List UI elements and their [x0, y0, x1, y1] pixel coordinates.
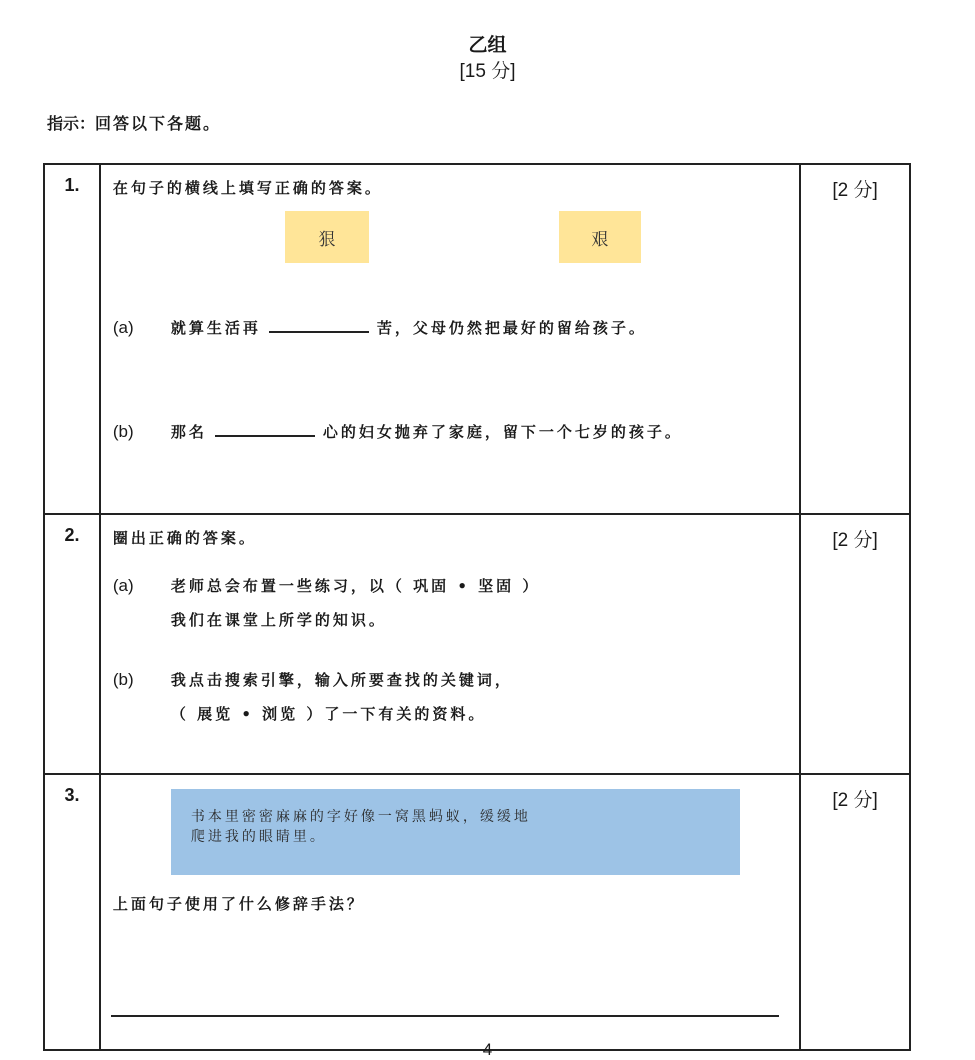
- sub-question-text: 那名心的妇女抛弃了家庭，留下一个七岁的孩子。: [171, 415, 779, 449]
- quote-line: 书本里密密麻麻的字好像一窝黑蚂蚁，缓缓地: [191, 807, 720, 827]
- page-number: 4: [0, 1040, 975, 1060]
- question-prompt: 上面句子使用了什么修辞手法？: [113, 893, 365, 915]
- text-after-blank: 苦，父母仍然把最好的留给孩子。: [377, 319, 647, 337]
- sub-question-a: (a) 老师总会布置一些练习，以（ 巩固 • 坚固 ） 我们在课堂上所学的知识。: [113, 569, 779, 637]
- question-table: 1. 在句子的横线上填写正确的答案。 狠 艰 (a) 就算生活再苦，父母仍然把最…: [43, 163, 911, 1051]
- question-marks: [2 分]: [800, 514, 910, 774]
- sub-question-line[interactable]: 老师总会布置一些练习，以（ 巩固 • 坚固 ）: [171, 569, 779, 603]
- sub-question-line: 我点击搜索引擎，输入所要查找的关键词，: [171, 663, 779, 697]
- answer-line[interactable]: [111, 1015, 779, 1017]
- sub-question-b: (b) 我点击搜索引擎，输入所要查找的关键词， （ 展览 • 浏览 ）了一下有关…: [113, 663, 779, 731]
- sub-question-line: 我们在课堂上所学的知识。: [171, 603, 779, 637]
- question-row-2: 2. 圈出正确的答案。 (a) 老师总会布置一些练习，以（ 巩固 • 坚固 ） …: [44, 514, 910, 774]
- question-prompt: 圈出正确的答案。: [113, 527, 257, 549]
- text-before-blank: 那名: [171, 423, 207, 441]
- word-option-box: 狠: [285, 211, 369, 263]
- text-after-blank: 心的妇女抛弃了家庭，留下一个七岁的孩子。: [323, 423, 683, 441]
- text-before-blank: 就算生活再: [171, 319, 261, 337]
- instruction: 指示：回答以下各题。: [47, 113, 221, 135]
- question-prompt: 在句子的横线上填写正确的答案。: [113, 177, 383, 199]
- question-number: 3.: [44, 774, 100, 1050]
- question-marks: [2 分]: [800, 164, 910, 514]
- sub-question-text: 就算生活再苦，父母仍然把最好的留给孩子。: [171, 311, 779, 345]
- section-total-marks: [15 分]: [0, 60, 975, 84]
- sub-question-line[interactable]: （ 展览 • 浏览 ）了一下有关的资料。: [171, 697, 779, 731]
- question-row-3: 3. 书本里密密麻麻的字好像一窝黑蚂蚁，缓缓地 爬进我的眼睛里。 上面句子使用了…: [44, 774, 910, 1050]
- quote-line: 爬进我的眼睛里。: [191, 827, 720, 847]
- sub-question-a: (a) 就算生活再苦，父母仍然把最好的留给孩子。: [113, 311, 779, 345]
- sub-question-label: (b): [113, 415, 134, 449]
- sub-question-label: (b): [113, 663, 134, 697]
- section-title: 乙组: [0, 34, 975, 58]
- sub-question-label: (a): [113, 311, 134, 345]
- quoted-sentence-box: 书本里密密麻麻的字好像一窝黑蚂蚁，缓缓地 爬进我的眼睛里。: [171, 789, 740, 875]
- instruction-text: 回答以下各题。: [95, 114, 221, 133]
- question-number: 2.: [44, 514, 100, 774]
- question-body: 在句子的横线上填写正确的答案。 狠 艰 (a) 就算生活再苦，父母仍然把最好的留…: [100, 164, 800, 514]
- question-body: 圈出正确的答案。 (a) 老师总会布置一些练习，以（ 巩固 • 坚固 ） 我们在…: [100, 514, 800, 774]
- instruction-separator: ：: [79, 114, 95, 133]
- answer-blank[interactable]: [215, 421, 315, 437]
- question-number: 1.: [44, 164, 100, 514]
- sub-question-label: (a): [113, 569, 134, 603]
- word-option-box: 艰: [559, 211, 641, 263]
- question-marks: [2 分]: [800, 774, 910, 1050]
- question-body: 书本里密密麻麻的字好像一窝黑蚂蚁，缓缓地 爬进我的眼睛里。 上面句子使用了什么修…: [100, 774, 800, 1050]
- answer-blank[interactable]: [269, 317, 369, 333]
- instruction-label: 指示: [47, 114, 79, 133]
- sub-question-b: (b) 那名心的妇女抛弃了家庭，留下一个七岁的孩子。: [113, 415, 779, 449]
- question-row-1: 1. 在句子的横线上填写正确的答案。 狠 艰 (a) 就算生活再苦，父母仍然把最…: [44, 164, 910, 514]
